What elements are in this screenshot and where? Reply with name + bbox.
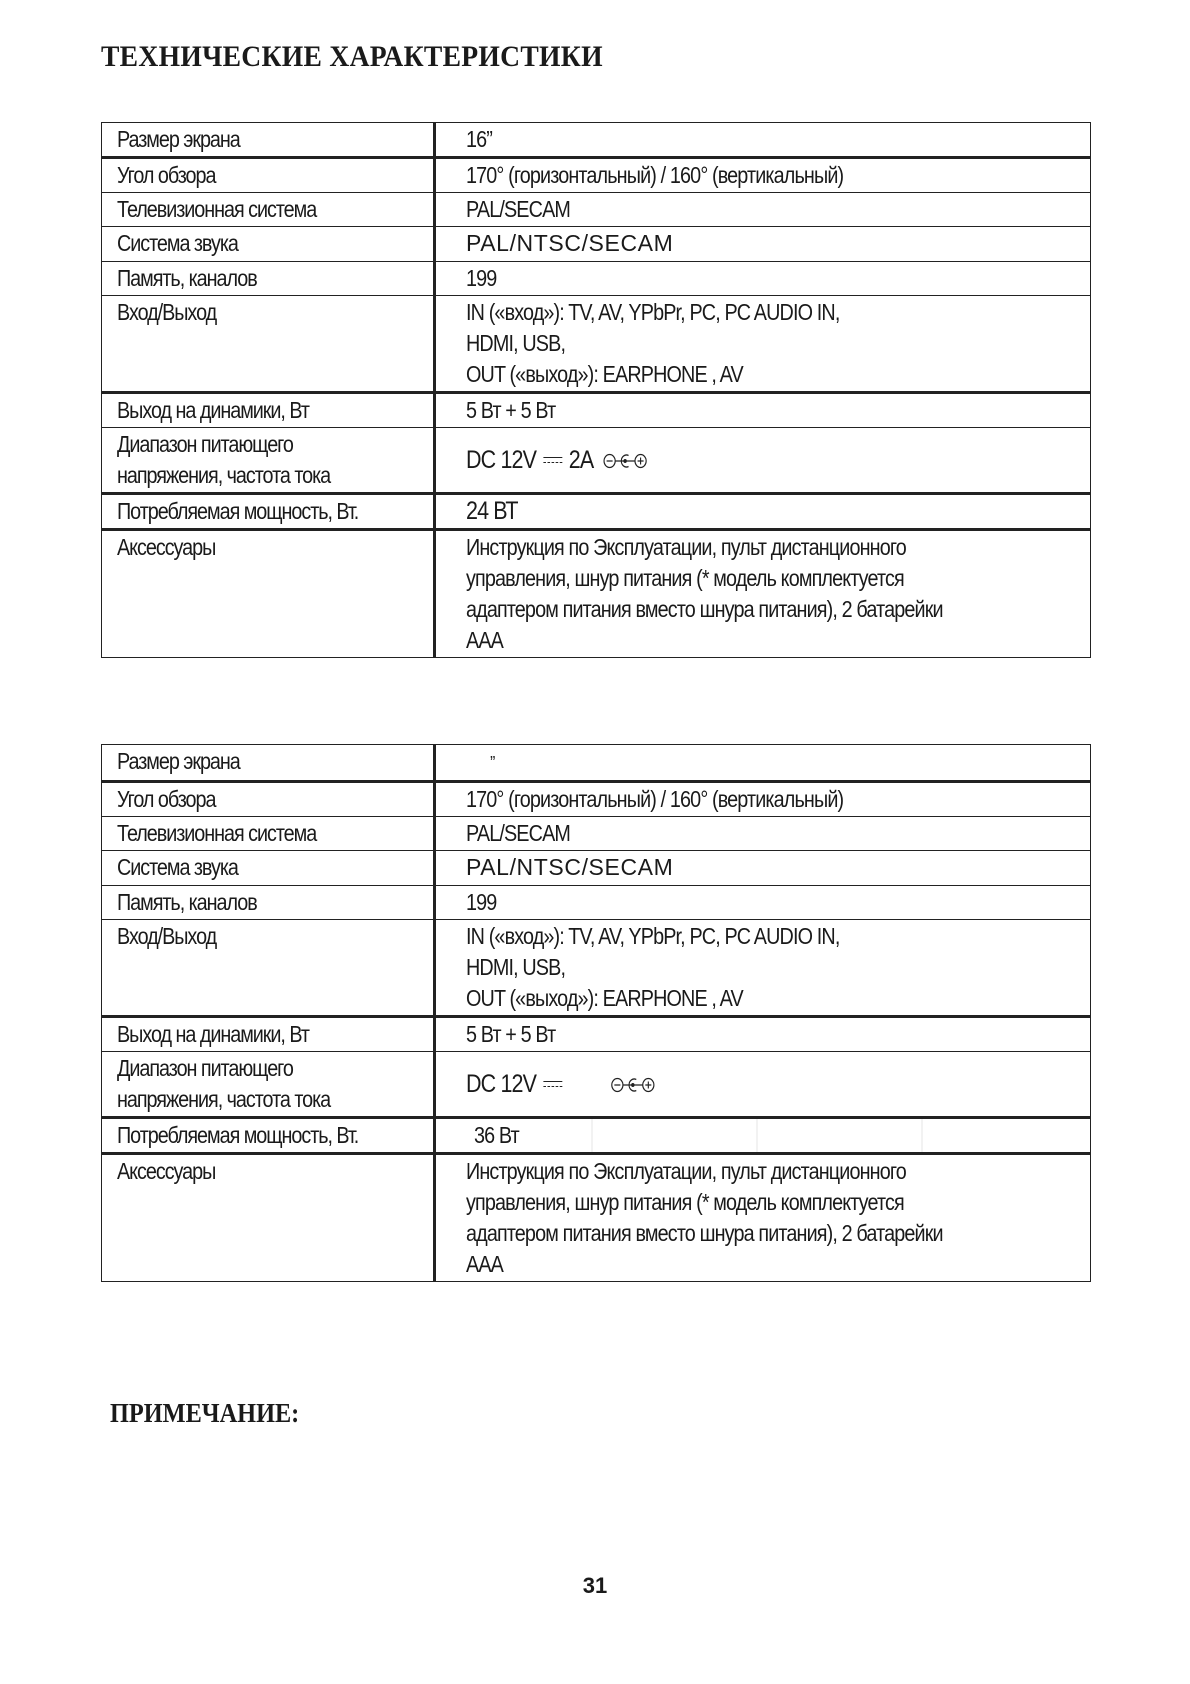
- spec-value: 199: [435, 262, 1091, 296]
- dc-current-icon: [543, 456, 562, 466]
- table-row: Телевизионная система PAL/SECAM: [102, 817, 1091, 851]
- table-row: Угол обзора 170° (горизонтальный) / 160°…: [102, 782, 1091, 817]
- spec-table-2: Размер экрана ” Угол обзора 170° (горизо…: [101, 744, 1091, 1282]
- table-row: Диапазон питающего напряжения, частота т…: [102, 428, 1091, 494]
- spec-value: 24 ВТ: [435, 494, 1091, 530]
- spec-label: Система звука: [102, 227, 435, 262]
- spec-value: 36 Вт: [435, 1118, 1091, 1154]
- spec-label: Потребляемая мощность, Вт.: [102, 1118, 435, 1154]
- spec-label: Диапазон питающего напряжения, частота т…: [102, 428, 435, 494]
- page-title: ТЕХНИЧЕСКИЕ ХАРАКТЕРИСТИКИ: [101, 40, 603, 74]
- table-row: Диапазон питающего напряжения, частота т…: [102, 1052, 1091, 1118]
- table-row: Система звука PAL/NTSC/SECAM: [102, 851, 1091, 886]
- note-heading: ПРИМЕЧАНИЕ:: [110, 1398, 299, 1429]
- spec-label: Аксессуары: [102, 1154, 435, 1282]
- spec-label: Размер экрана: [102, 745, 435, 782]
- spec-label: Угол обзора: [102, 158, 435, 193]
- table-row: Выход на динамики, Вт 5 Вт + 5 Вт: [102, 393, 1091, 428]
- table-row: Угол обзора 170° (горизонтальный) / 160°…: [102, 158, 1091, 193]
- spec-value: 170° (горизонтальный) / 160° (вертикальн…: [435, 158, 1091, 193]
- table-row: Вход/Выход IN («вход»): TV, AV, YPbPr, P…: [102, 920, 1091, 1017]
- spec-value: ”: [435, 745, 1091, 782]
- table-row: Телевизионная система PAL/SECAM: [102, 193, 1091, 227]
- spec-label: Потребляемая мощность, Вт.: [102, 494, 435, 530]
- spec-label: Телевизионная система: [102, 193, 435, 227]
- polarity-icon: [602, 452, 647, 470]
- spec-label: Система звука: [102, 851, 435, 886]
- spec-value: 5 Вт + 5 Вт: [435, 1017, 1091, 1052]
- table-row: Потребляемая мощность, Вт. 36 Вт: [102, 1118, 1091, 1154]
- table-row: Система звука PAL/NTSC/SECAM: [102, 227, 1091, 262]
- spec-value: 199: [435, 886, 1091, 920]
- table-row: Размер экрана 16”: [102, 123, 1091, 158]
- spec-value: 170° (горизонтальный) / 160° (вертикальн…: [435, 782, 1091, 817]
- spec-value: 16”: [435, 123, 1091, 158]
- spec-value: PAL/NTSC/SECAM: [435, 227, 1091, 262]
- dc-current-icon: [543, 1080, 562, 1090]
- spec-value: PAL/SECAM: [435, 193, 1091, 227]
- spec-value: IN («вход»): TV, AV, YPbPr, PC, PC AUDIO…: [435, 920, 1091, 1017]
- spec-label: Аксессуары: [102, 530, 435, 658]
- page-number: 31: [0, 1573, 1190, 1599]
- polarity-icon: [610, 1076, 655, 1094]
- table-row: Память, каналов 199: [102, 262, 1091, 296]
- spec-value: DC 12V: [435, 1052, 1091, 1118]
- spec-label: Диапазон питающего напряжения, частота т…: [102, 1052, 435, 1118]
- table-row: Вход/Выход IN («вход»): TV, AV, YPbPr, P…: [102, 296, 1091, 393]
- spec-value: IN («вход»): TV, AV, YPbPr, PC, PC AUDIO…: [435, 296, 1091, 393]
- table-row: Память, каналов 199: [102, 886, 1091, 920]
- spec-label: Память, каналов: [102, 262, 435, 296]
- table-row: Аксессуары Инструкция по Эксплуатации, п…: [102, 530, 1091, 658]
- spec-label: Размер экрана: [102, 123, 435, 158]
- table-row: Потребляемая мощность, Вт. 24 ВТ: [102, 494, 1091, 530]
- spec-value: PAL/NTSC/SECAM: [435, 851, 1091, 886]
- spec-value: Инструкция по Эксплуатации, пульт дистан…: [435, 530, 1091, 658]
- table-row: Размер экрана ”: [102, 745, 1091, 782]
- spec-label: Телевизионная система: [102, 817, 435, 851]
- spec-label: Выход на динамики, Вт: [102, 1017, 435, 1052]
- spec-value: PAL/SECAM: [435, 817, 1091, 851]
- spec-label: Выход на динамики, Вт: [102, 393, 435, 428]
- table-row: Выход на динамики, Вт 5 Вт + 5 Вт: [102, 1017, 1091, 1052]
- spec-label: Память, каналов: [102, 886, 435, 920]
- spec-value: DC 12V2A: [435, 428, 1091, 494]
- spec-label: Вход/Выход: [102, 920, 435, 1017]
- table-row: Аксессуары Инструкция по Эксплуатации, п…: [102, 1154, 1091, 1282]
- spec-label: Угол обзора: [102, 782, 435, 817]
- spec-label: Вход/Выход: [102, 296, 435, 393]
- spec-value: 5 Вт + 5 Вт: [435, 393, 1091, 428]
- spec-value: Инструкция по Эксплуатации, пульт дистан…: [435, 1154, 1091, 1282]
- spec-table-1: Размер экрана 16” Угол обзора 170° (гори…: [101, 122, 1091, 658]
